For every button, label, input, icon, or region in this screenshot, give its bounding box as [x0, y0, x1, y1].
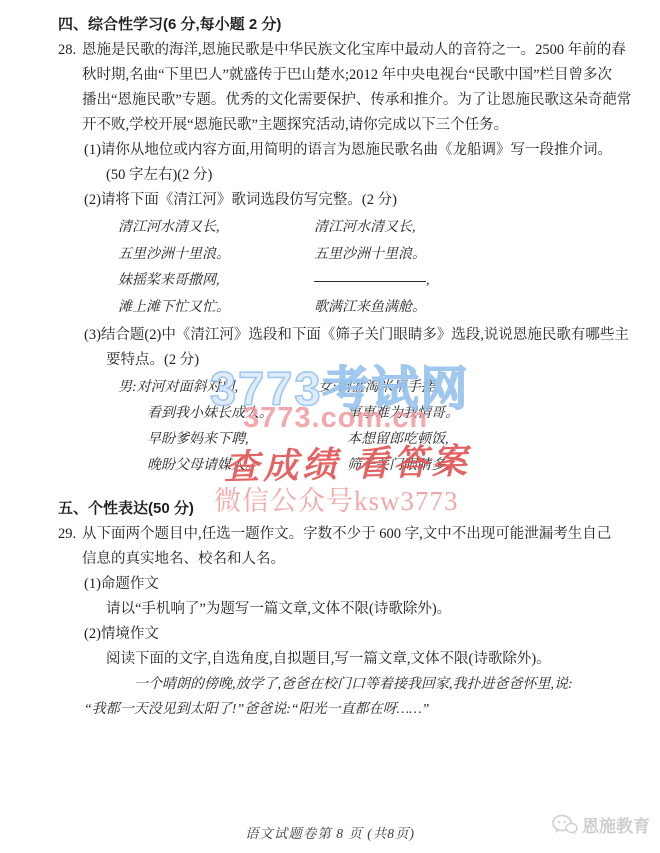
answer-blank: [314, 280, 426, 282]
text-line: 开不败,学校开展“恩施民歌”主题探究活动,请你完成以下三个任务。: [82, 113, 616, 138]
lyric-line: 五里沙洲十里浪。: [314, 242, 430, 269]
essay-option-1-title: (1)命题作文: [84, 572, 616, 597]
dialogue-line: 本想留郎吃顿饭,: [318, 427, 459, 453]
lyric-blank-line: ,: [314, 268, 430, 295]
essay-option-2-body: 阅读下面的文字,自选角度,自拟题目,写一篇文章,文体不限(诗歌除外)。: [106, 647, 616, 672]
lyric-line: 清江河水清又长,: [118, 215, 314, 242]
dialogue-line: 筛子关门眼睛多。: [318, 453, 459, 479]
dialogue-line: 男:对河对面斜对门,: [118, 375, 318, 401]
subquestion-1-line: (1)请你从地位或内容方面,用简明的语言为恩施民歌名曲《龙船调》写一段推介词。: [84, 138, 616, 163]
exam-content: 四、综合性学习(6 分,每小题 2 分) 28.恩施是民歌的海洋,恩施民歌是中华…: [58, 12, 616, 722]
subquestion-3-line: 要特点。(2 分): [106, 348, 616, 373]
lyrics-right-column: 清江河水清又长, 五里沙洲十里浪。 , 歌满江来鱼满舱。: [314, 215, 430, 321]
section5-heading: 五、个性表达(50 分): [58, 496, 616, 522]
dialogue-line: 看到我小妹长成人。: [118, 401, 318, 427]
lyric-line: 歌满江来鱼满舱。: [314, 295, 430, 322]
text-line: 播出“恩施民歌”专题。优秀的文化需要保护、传承和推介。为了让恩施民歌这朵奇葩常: [82, 88, 616, 113]
question-29: 29.从下面两个题目中,任选一题作文。字数不少于 600 字,文中不出现可能泄漏…: [58, 522, 616, 722]
question-text: 从下面两个题目中,任选一题作文。字数不少于 600 字,文中不出现可能泄漏考生自…: [82, 526, 611, 542]
lyrics-left-column: 清江河水清又长, 五里沙洲十里浪。 妹摇桨来哥撒网, 滩上滩下忙又忙。: [118, 215, 314, 321]
dialogue-line: 晚盼父母请媒人。: [118, 453, 318, 479]
question-number: 29.: [58, 522, 82, 547]
text-line: 29.从下面两个题目中,任选一题作文。字数不少于 600 字,文中不出现可能泄漏…: [58, 522, 616, 547]
text-line: 秋时期,名曲“下里巴人”就盛传于巴山楚水;2012 年中央电视台“民歌中国”栏目…: [82, 63, 616, 88]
dialogue-block: 男:对河对面斜对门, 看到我小妹长成人。 早盼爹妈来下聘, 晚盼父母请媒人。 女…: [118, 375, 616, 479]
dialogue-line: 早盼爹妈来下聘,: [118, 427, 318, 453]
footer-brand: 恩施教育: [552, 812, 650, 837]
dialogue-male-column: 男:对河对面斜对门, 看到我小妹长成人。 早盼爹妈来下聘, 晚盼父母请媒人。: [118, 375, 318, 479]
text-line: 28.恩施是民歌的海洋,恩施民歌是中华民族文化宝库中最动人的音符之一。2500 …: [58, 38, 616, 63]
subquestion-2-prompt: (2)请将下面《清江河》歌词选段仿写完整。(2 分): [84, 188, 616, 213]
dialogue-line: 事事难为我情哥。: [318, 401, 459, 427]
dialogue-female-column: 女:铜盆淘米用手搓, 事事难为我情哥。 本想留郎吃顿饭, 筛子关门眼睛多。: [318, 375, 459, 479]
prompt-quote-line: “我都一天没见到太阳了!”爸爸说:“阳光一直都在呀……”: [84, 697, 616, 722]
lyrics-block: 清江河水清又长, 五里沙洲十里浪。 妹摇桨来哥撒网, 滩上滩下忙又忙。 清江河水…: [118, 215, 616, 321]
subquestion-3-line: (3)结合题(2)中《清江河》选段和下面《筛子关门眼睛多》选段,说说恩施民歌有哪…: [84, 323, 616, 348]
text-line: 信息的真实地名、校名和人名。: [82, 547, 616, 572]
wechat-icon: [552, 813, 578, 837]
lyric-line: 清江河水清又长,: [314, 215, 430, 242]
lyric-line: 五里沙洲十里浪。: [118, 242, 314, 269]
question-28: 28.恩施是民歌的海洋,恩施民歌是中华民族文化宝库中最动人的音符之一。2500 …: [58, 38, 616, 479]
question-number: 28.: [58, 38, 82, 63]
prompt-quote-line: 一个晴朗的傍晚,放学了,爸爸在校门口等着接我回家,我扑进爸爸怀里,说:: [134, 672, 616, 697]
lyric-line: 妹摇桨来哥撒网,: [118, 268, 314, 295]
footer-brand-label: 恩施教育: [582, 812, 650, 837]
subquestion-1-line: (50 字左右)(2 分): [106, 163, 616, 188]
essay-option-2-title: (2)情境作文: [84, 622, 616, 647]
dialogue-line: 女:铜盆淘米用手搓,: [318, 375, 459, 401]
exam-paper-page: 四、综合性学习(6 分,每小题 2 分) 28.恩施是民歌的海洋,恩施民歌是中华…: [0, 0, 660, 853]
section4-heading: 四、综合性学习(6 分,每小题 2 分): [58, 12, 616, 38]
essay-option-1-body: 请以“手机响了”为题写一篇文章,文体不限(诗歌除外)。: [106, 597, 616, 622]
question-text: 恩施是民歌的海洋,恩施民歌是中华民族文化宝库中最动人的音符之一。2500 年前的…: [82, 42, 626, 58]
lyric-line: 滩上滩下忙又忙。: [118, 295, 314, 322]
lyric-line: ,: [426, 273, 430, 288]
